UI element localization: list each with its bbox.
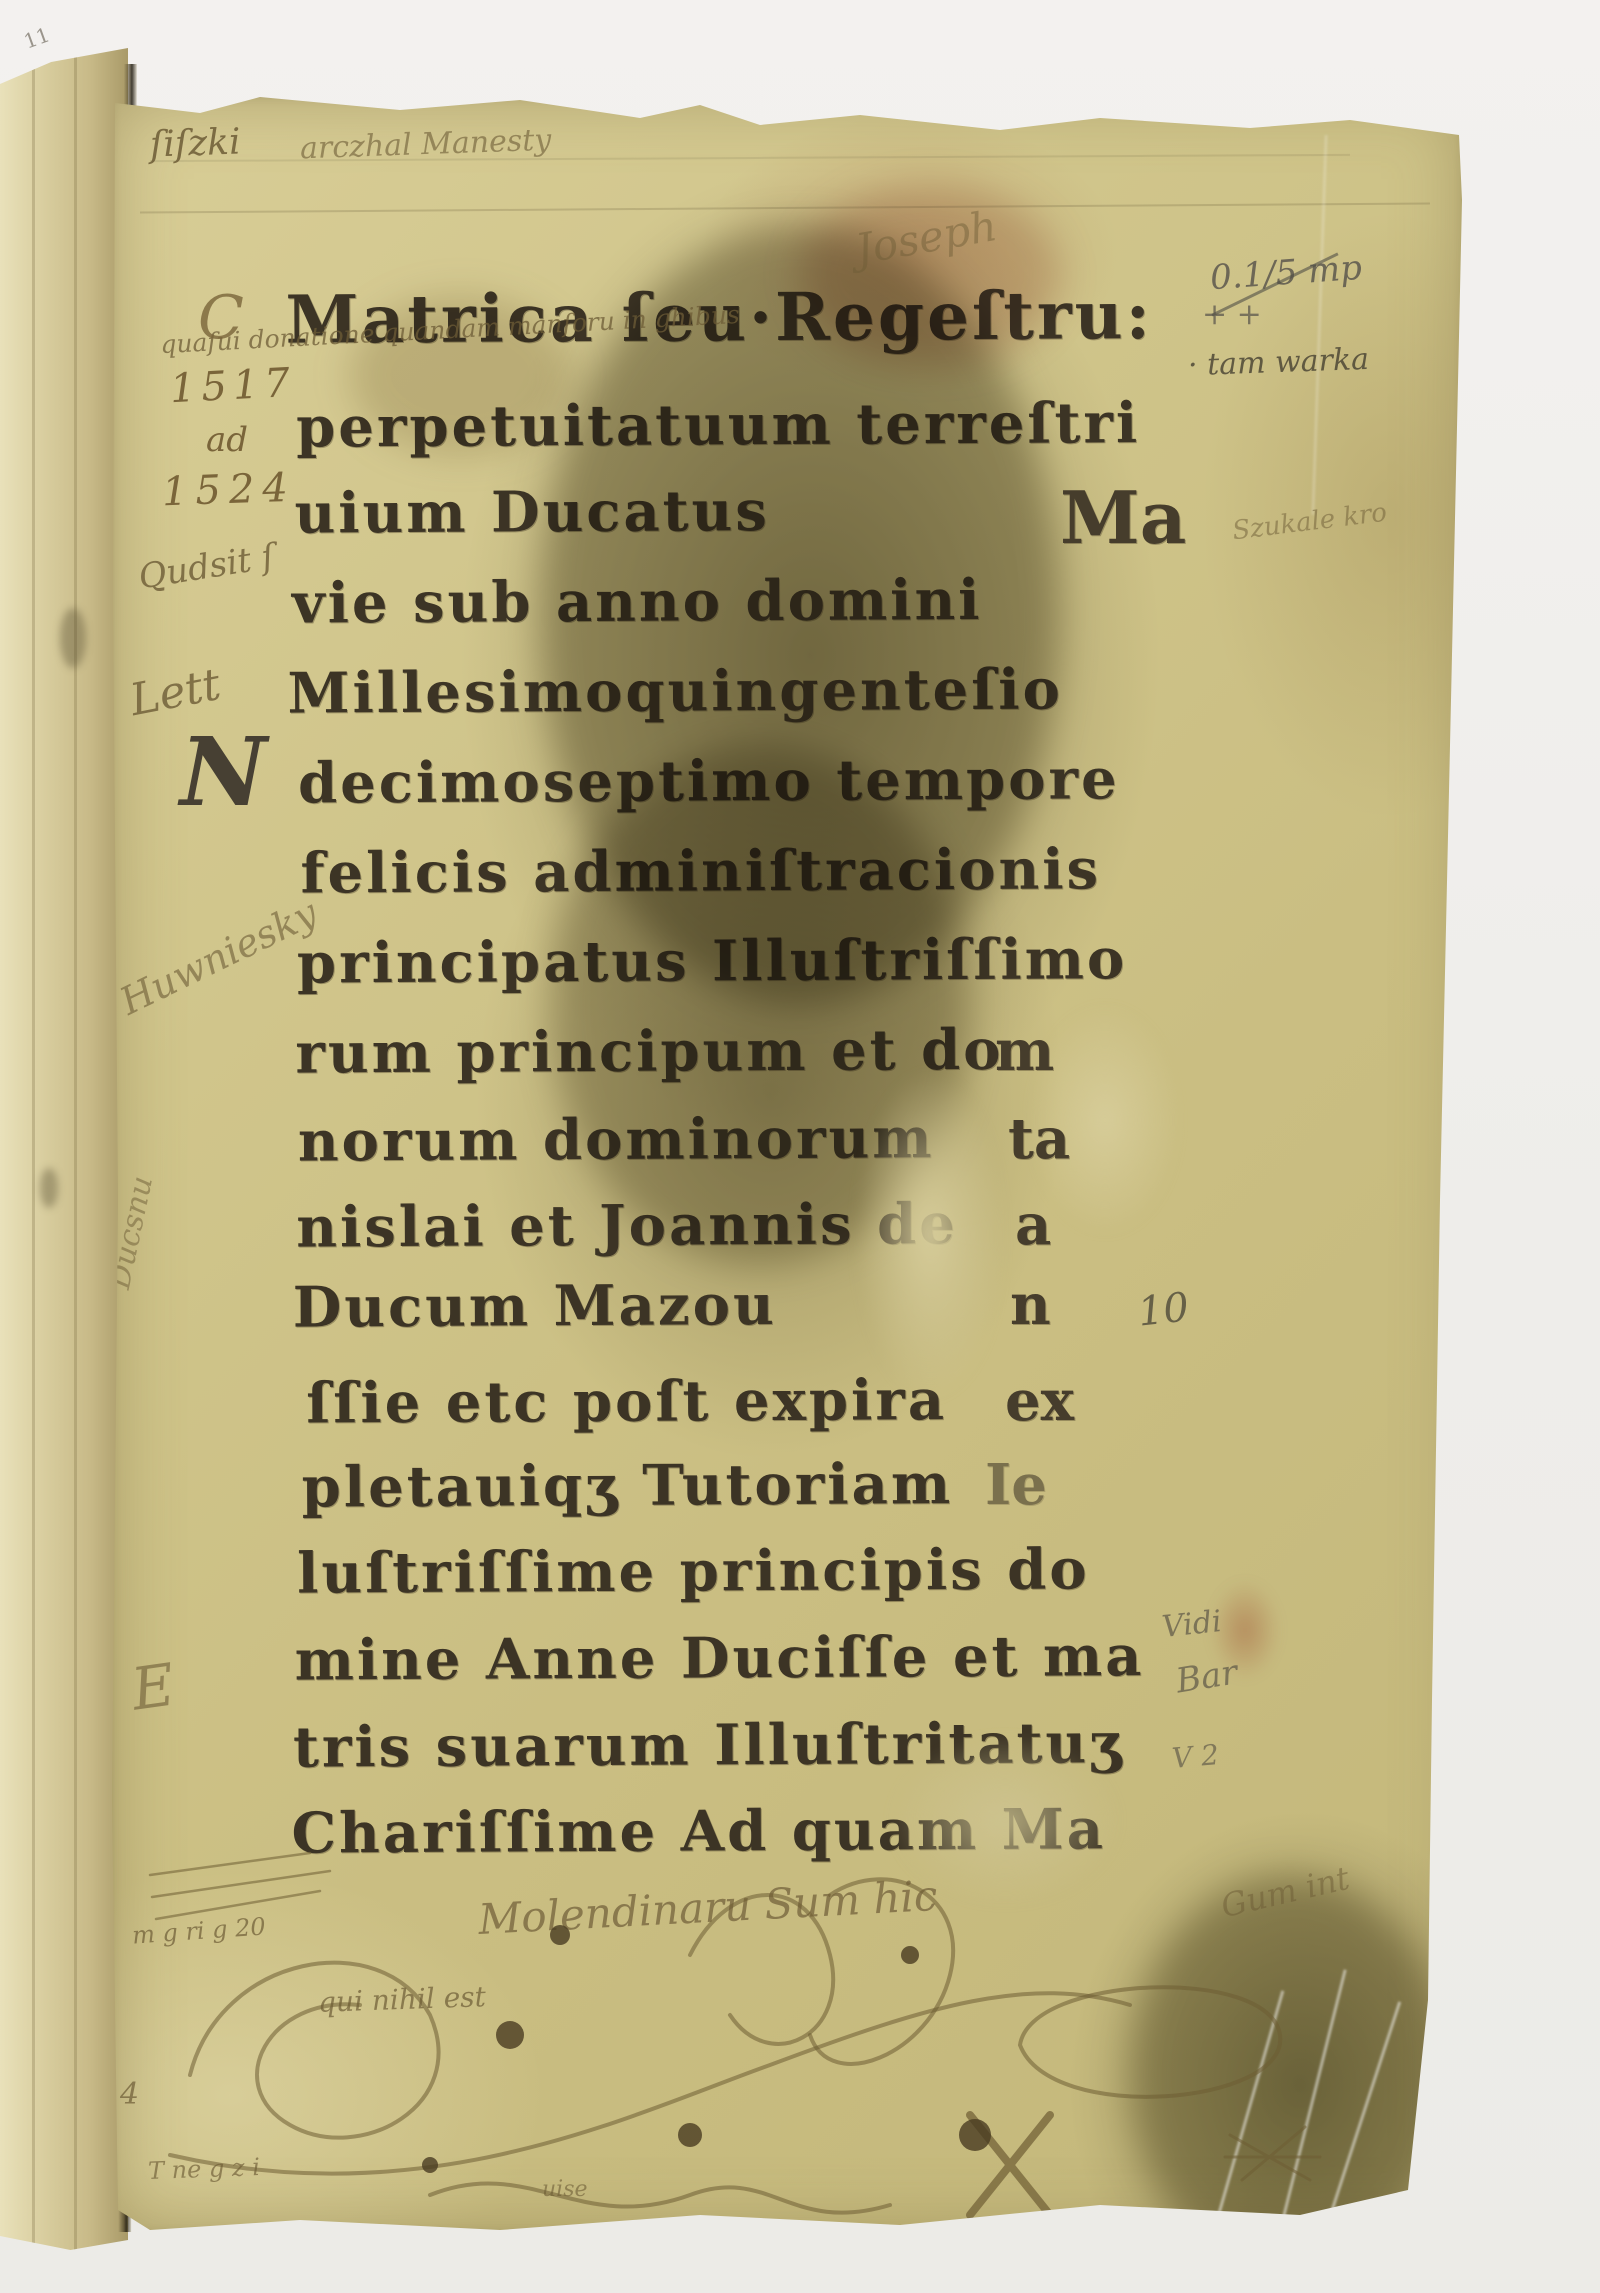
margin-class-letter: C [198,283,244,353]
title-line-17: tris suarum Illuſtritatuʒ [293,1710,1124,1780]
margin-year-conj: ad [206,420,248,460]
margin-letter-n: N [180,717,267,828]
title-line-6: decimoseptimo tempore [298,746,1120,816]
margin-year-to: 1524 [161,465,296,516]
title-line-14-tail: Ie [985,1452,1047,1518]
title-line-12: Ducum Mazou [293,1272,777,1341]
place-note-warka: · tam warka [1187,342,1369,383]
right-folio-number: 10 [1136,1284,1191,1335]
title-line-3: uium Ducatus [294,478,770,546]
title-line-11-tail: a [1015,1192,1051,1258]
title-line-4: vie sub anno domini [292,567,983,637]
title-line-11: nislai et Joannis de [296,1191,958,1260]
title-line-16: mine Anne Duciſſe et ma [294,1623,1144,1693]
right-vidi-3: V 2 [1171,1738,1221,1775]
previous-page-edge [0,48,128,2250]
parchment-page: Matrica ſeu·Regeſtru: perpetuitatuum ter… [110,95,1465,2235]
title-line-13: ſſie etc poſt expira [306,1367,947,1436]
strip-crease [32,48,35,2250]
right-vidi-1: Vidi [1160,1604,1223,1645]
title-line-10-tail: ta [1008,1106,1070,1172]
title-line-2: perpetuitatuum terreſtri [296,390,1140,460]
title-line-10: norum dominorum [298,1105,935,1174]
title-line-13-tail: ex [1005,1368,1074,1434]
strip-crease [74,48,77,2250]
title-line-3-tail: Ma [1060,475,1186,560]
title-line-9-tail: m [995,1018,1054,1084]
strip-smudge [60,608,86,668]
pen-flourishes [130,1835,1370,2265]
margin-year-from: 1517 [169,360,297,413]
title-line-7: felicis adminiſtracionis [300,836,1101,906]
top-note-owner: ſiſzki [149,121,241,165]
title-line-15: luſtriſſime principis do [297,1536,1090,1606]
title-line-12-tail: n [1010,1272,1051,1338]
title-line-5: Millesimoquingenteſio [287,657,1063,727]
title-line-8: principatus Illuſtriſſimo [297,926,1128,996]
manuscript-scan: 11 Matrica ſeu·Regeſtru: perpetuitatuum … [0,0,1600,2293]
strip-smudge [40,1168,58,1208]
title-line-14: pletauiqʒ Tutoriam [302,1451,954,1520]
title-line-9: rum principum et do [295,1017,1003,1087]
pencil-foliation-mark: 11 [21,22,53,53]
